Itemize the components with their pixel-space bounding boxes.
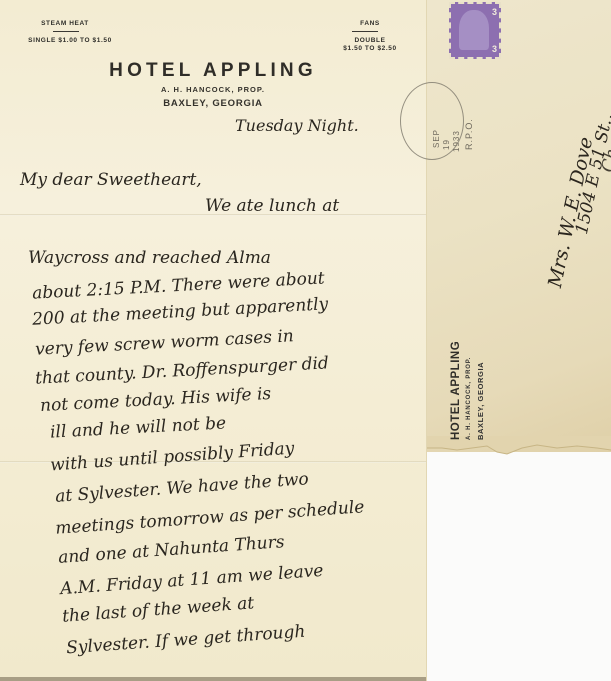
return-location: BAXLEY, GEORGIA: [476, 362, 485, 440]
stamp-value: 3: [492, 7, 497, 17]
return-proprietor: A. H. HANCOCK, PROP.: [466, 357, 472, 440]
proprietor: A. H. HANCOCK, PROP.: [0, 85, 426, 94]
letterhead-double-label: DOUBLE: [345, 37, 395, 44]
letterhead-double-rate: $1.50 TO $2.50: [325, 45, 415, 52]
return-hotel-name: HOTEL APPLING: [450, 341, 462, 440]
postmark-rpo: R.P.O.: [464, 118, 474, 150]
divider: [53, 31, 79, 32]
hotel-title: HOTEL APPLING: [0, 60, 426, 82]
postmark-day: 19: [442, 139, 451, 150]
letter-line: Waycross and reached Alma: [28, 248, 271, 268]
letterhead-fans: FANS: [345, 20, 395, 27]
postmark-year: 1933: [452, 130, 461, 152]
salutation: My dear Sweetheart,: [20, 170, 202, 190]
letter-bottom-edge: [0, 677, 426, 681]
postage-stamp: 3 3: [449, 2, 501, 59]
hotel-location: BAXLEY, GEORGIA: [0, 98, 426, 109]
letter-line: We ate lunch at: [205, 196, 339, 216]
postmark-month: SEP: [432, 129, 441, 148]
letterhead-single-rate: SINGLE $1.00 TO $1.50: [20, 37, 120, 44]
stamp-portrait-icon: [459, 10, 489, 50]
letterhead-steam-heat: STEAM HEAT: [40, 20, 90, 27]
dateline: Tuesday Night.: [235, 116, 359, 135]
stamp-value: 3: [492, 44, 497, 54]
divider: [352, 31, 378, 32]
